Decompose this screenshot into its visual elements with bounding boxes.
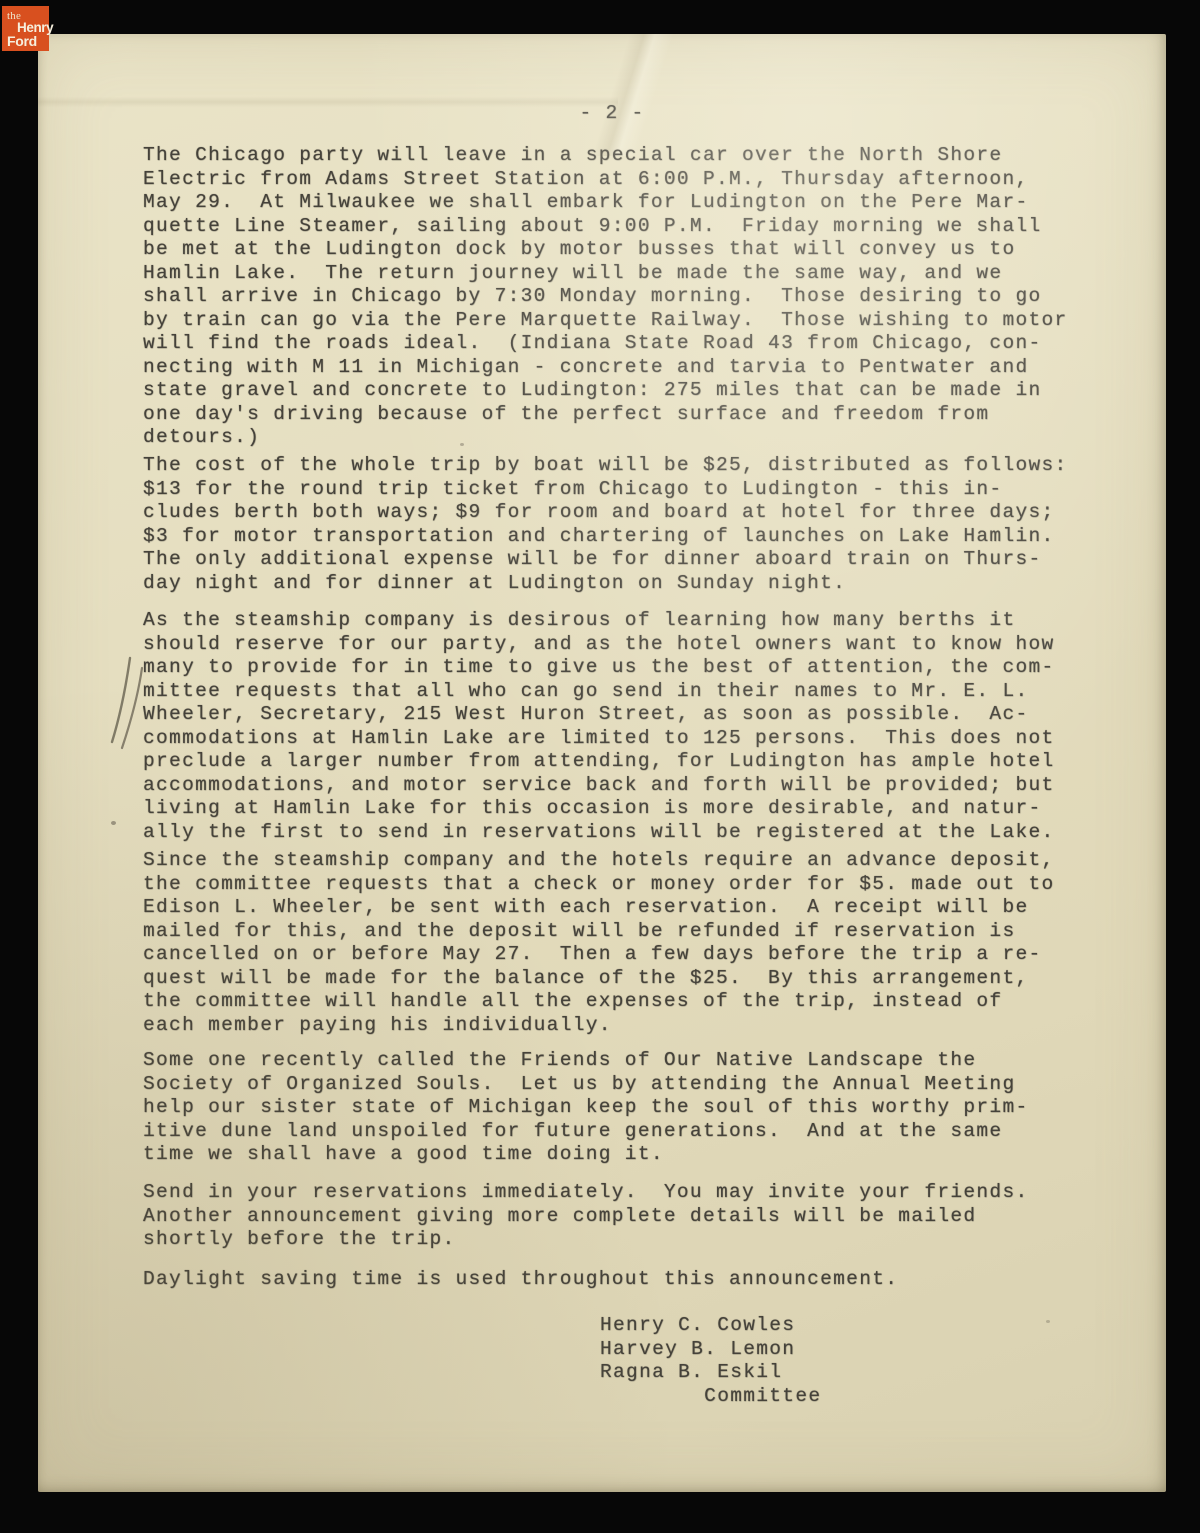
paragraph-send-reservations: Send in your reservations immediately. Y… <box>143 1181 1029 1252</box>
margin-pencil-mark <box>98 644 168 764</box>
page-number: - 2 - <box>579 102 644 126</box>
paragraph-appeal: Some one recently called the Friends of … <box>143 1049 1029 1167</box>
paragraph-daylight-saving: Daylight saving time is used throughout … <box>143 1268 898 1292</box>
paper-crease <box>468 34 798 156</box>
logo-text-ford: Ford <box>7 33 37 49</box>
paper-speck <box>460 443 464 446</box>
paragraph-trip-cost: The cost of the whole trip by boat will … <box>143 454 1068 595</box>
signature-block: Henry C. Cowles Harvey B. Lemon Ragna B.… <box>600 1314 821 1408</box>
letter-page: - 2 - The Chicago party will leave in a … <box>38 34 1166 1492</box>
paragraph-reservations: As the steamship company is desirous of … <box>143 609 1055 844</box>
henry-ford-logo: the Henry Ford <box>2 6 49 51</box>
paper-speck <box>1046 1320 1050 1323</box>
paragraph-travel-itinerary: The Chicago party will leave in a specia… <box>143 144 1068 450</box>
paragraph-deposit: Since the steamship company and the hote… <box>143 849 1055 1037</box>
paper-crease <box>38 84 618 120</box>
pencil-dot <box>111 821 116 825</box>
